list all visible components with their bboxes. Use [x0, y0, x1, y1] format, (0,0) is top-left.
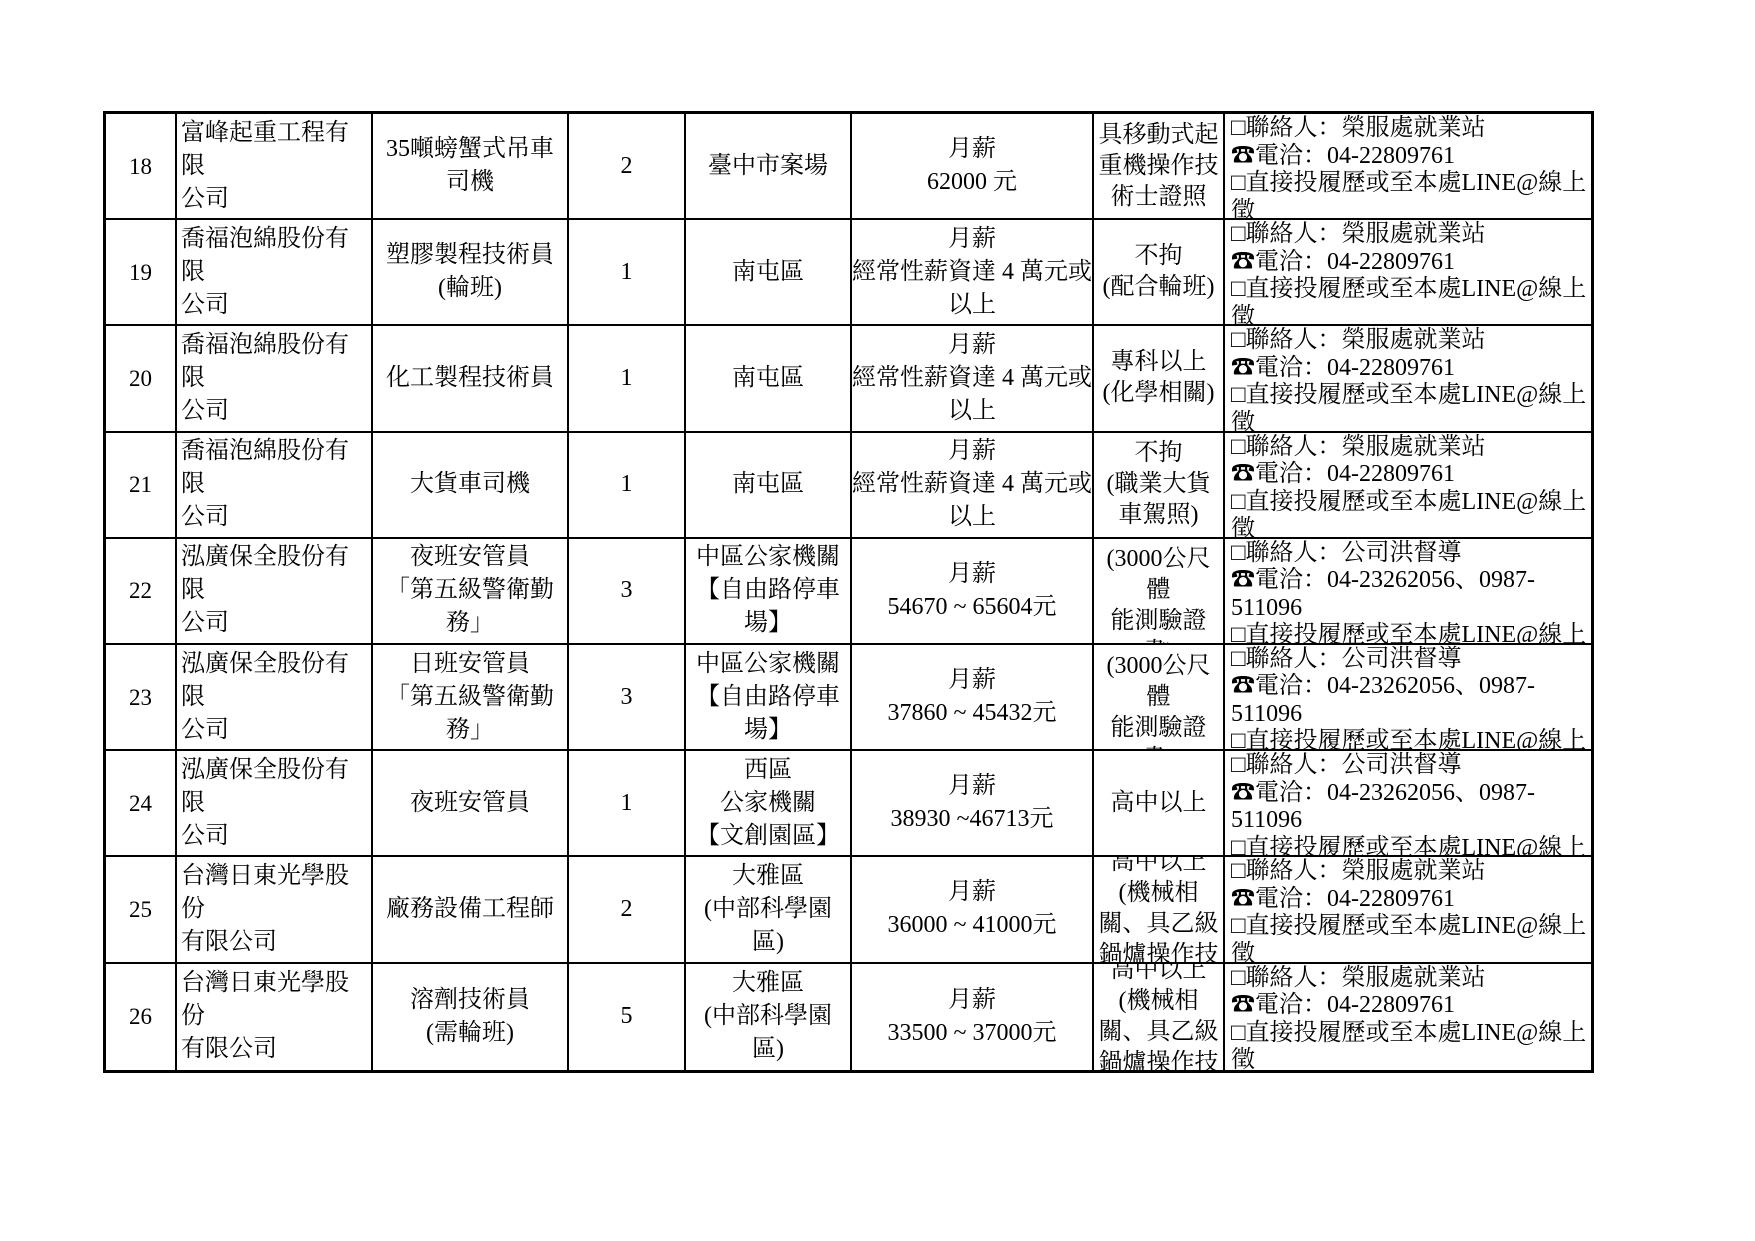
work-location: 大雅區 (中部科學園 區) [686, 857, 852, 961]
job-listing-row: 26 台灣日東光學股份 有限公司 溶劑技術員 (需輪班) 5 大雅區 (中部科學… [106, 964, 1591, 1070]
job-title: 日班安管員 「第五級警衛勤 務」 [373, 645, 569, 749]
openings-count: 1 [569, 326, 686, 430]
job-title: 35噸螃蟹式吊車 司機 [373, 114, 569, 218]
openings-count: 1 [569, 751, 686, 855]
salary-info: 月薪 37860 ~ 45432元 [852, 645, 1094, 749]
row-number: 20 [106, 326, 177, 430]
openings-count: 2 [569, 857, 686, 961]
company-name: 台灣日東光學股份 有限公司 [177, 857, 373, 961]
job-title: 大貨車司機 [373, 433, 569, 537]
row-number: 22 [106, 539, 177, 643]
requirement-info: 高中以上 (機械相 關、具乙級 鍋爐操作技 [1094, 964, 1225, 1070]
row-number: 21 [106, 433, 177, 537]
work-location: 中區公家機關 【自由路停車 場】 [686, 539, 852, 643]
salary-info: 月薪 54670 ~ 65604元 [852, 539, 1094, 643]
company-name: 喬福泡綿股份有限 公司 [177, 326, 373, 430]
contact-info: □聯絡人：公司洪督導 ☎電洽：04-23262056、0987-511096 □… [1225, 539, 1591, 643]
job-title: 夜班安管員 [373, 751, 569, 855]
contact-info: □聯絡人：榮服處就業站 ☎電洽：04-22809761 □直接投履歷或至本處LI… [1225, 964, 1591, 1070]
job-title: 化工製程技術員 [373, 326, 569, 430]
work-location: 大雅區 (中部科學園 區) [686, 964, 852, 1070]
contact-info: □聯絡人：榮服處就業站 ☎電洽：04-22809761 □直接投履歷或至本處LI… [1225, 326, 1591, 430]
salary-info: 月薪 38930 ~46713元 [852, 751, 1094, 855]
job-title: 廠務設備工程師 [373, 857, 569, 961]
row-number: 19 [106, 220, 177, 324]
row-number: 24 [106, 751, 177, 855]
company-name: 台灣日東光學股份 有限公司 [177, 964, 373, 1070]
salary-info: 月薪 62000 元 [852, 114, 1094, 218]
company-name: 喬福泡綿股份有限 公司 [177, 220, 373, 324]
job-listing-row: 21 喬福泡綿股份有限 公司 大貨車司機 1 南屯區 月薪 經常性薪資達 4 萬… [106, 433, 1591, 539]
requirement-info: 不拘 (配合輪班) [1094, 220, 1225, 324]
job-listing-row: 18 富峰起重工程有限 公司 35噸螃蟹式吊車 司機 2 臺中市案場 月薪 62… [106, 114, 1591, 220]
work-location: 西區 公家機關 【文創園區】 [686, 751, 852, 855]
openings-count: 1 [569, 433, 686, 537]
openings-count: 3 [569, 539, 686, 643]
work-location: 中區公家機關 【自由路停車 場】 [686, 645, 852, 749]
contact-info: □聯絡人：公司洪督導 ☎電洽：04-23262056、0987-511096 □… [1225, 645, 1591, 749]
contact-info: □聯絡人：榮服處就業站 ☎電洽：04-22809761 □直接投履歷或至本處LI… [1225, 220, 1591, 324]
row-number: 18 [106, 114, 177, 218]
company-name: 泓廣保全股份有限 公司 [177, 645, 373, 749]
job-title: 塑膠製程技術員 (輪班) [373, 220, 569, 324]
work-location: 南屯區 [686, 433, 852, 537]
company-name: 泓廣保全股份有限 公司 [177, 751, 373, 855]
work-location: 南屯區 [686, 326, 852, 430]
contact-info: □聯絡人：榮服處就業站 ☎電洽：04-22809761 □直接投履歷或至本處LI… [1225, 857, 1591, 961]
requirement-info: 高中以上 (3000公尺體 能測驗證 書) [1094, 539, 1225, 643]
requirement-info: 專科以上 (化學相關) [1094, 326, 1225, 430]
job-listing-row: 24 泓廣保全股份有限 公司 夜班安管員 1 西區 公家機關 【文創園區】 月薪… [106, 751, 1591, 857]
salary-info: 月薪 經常性薪資達 4 萬元或 以上 [852, 433, 1094, 537]
row-number: 25 [106, 857, 177, 961]
job-title: 夜班安管員 「第五級警衛勤 務」 [373, 539, 569, 643]
job-listing-row: 25 台灣日東光學股份 有限公司 廠務設備工程師 2 大雅區 (中部科學園 區)… [106, 857, 1591, 963]
contact-info: □聯絡人：公司洪督導 ☎電洽：04-23262056、0987-511096 □… [1225, 751, 1591, 855]
row-number: 23 [106, 645, 177, 749]
work-location: 南屯區 [686, 220, 852, 324]
openings-count: 5 [569, 964, 686, 1070]
requirement-info: 高中以上 (3000公尺體 能測驗證 書) [1094, 645, 1225, 749]
requirement-info: 具移動式起 重機操作技 術士證照 [1094, 114, 1225, 218]
job-title: 溶劑技術員 (需輪班) [373, 964, 569, 1070]
company-name: 喬福泡綿股份有限 公司 [177, 433, 373, 537]
work-location: 臺中市案場 [686, 114, 852, 218]
salary-info: 月薪 36000 ~ 41000元 [852, 857, 1094, 961]
contact-info: □聯絡人：榮服處就業站 ☎電洽：04-22809761 □直接投履歷或至本處LI… [1225, 114, 1591, 218]
salary-info: 月薪 33500 ~ 37000元 [852, 964, 1094, 1070]
company-name: 富峰起重工程有限 公司 [177, 114, 373, 218]
job-listing-row: 20 喬福泡綿股份有限 公司 化工製程技術員 1 南屯區 月薪 經常性薪資達 4… [106, 326, 1591, 432]
requirement-info: 高中以上 [1094, 751, 1225, 855]
openings-count: 2 [569, 114, 686, 218]
job-listing-row: 19 喬福泡綿股份有限 公司 塑膠製程技術員 (輪班) 1 南屯區 月薪 經常性… [106, 220, 1591, 326]
salary-info: 月薪 經常性薪資達 4 萬元或 以上 [852, 220, 1094, 324]
job-listing-row: 22 泓廣保全股份有限 公司 夜班安管員 「第五級警衛勤 務」 3 中區公家機關… [106, 539, 1591, 645]
requirement-info: 不拘 (職業大貨 車駕照) [1094, 433, 1225, 537]
openings-count: 1 [569, 220, 686, 324]
salary-info: 月薪 經常性薪資達 4 萬元或 以上 [852, 326, 1094, 430]
company-name: 泓廣保全股份有限 公司 [177, 539, 373, 643]
job-listing-table: 18 富峰起重工程有限 公司 35噸螃蟹式吊車 司機 2 臺中市案場 月薪 62… [103, 111, 1594, 1073]
openings-count: 3 [569, 645, 686, 749]
contact-info: □聯絡人：榮服處就業站 ☎電洽：04-22809761 □直接投履歷或至本處LI… [1225, 433, 1591, 537]
requirement-info: 高中以上 (機械相 關、具乙級 鍋爐操作技 [1094, 857, 1225, 961]
job-listing-row: 23 泓廣保全股份有限 公司 日班安管員 「第五級警衛勤 務」 3 中區公家機關… [106, 645, 1591, 751]
row-number: 26 [106, 964, 177, 1070]
